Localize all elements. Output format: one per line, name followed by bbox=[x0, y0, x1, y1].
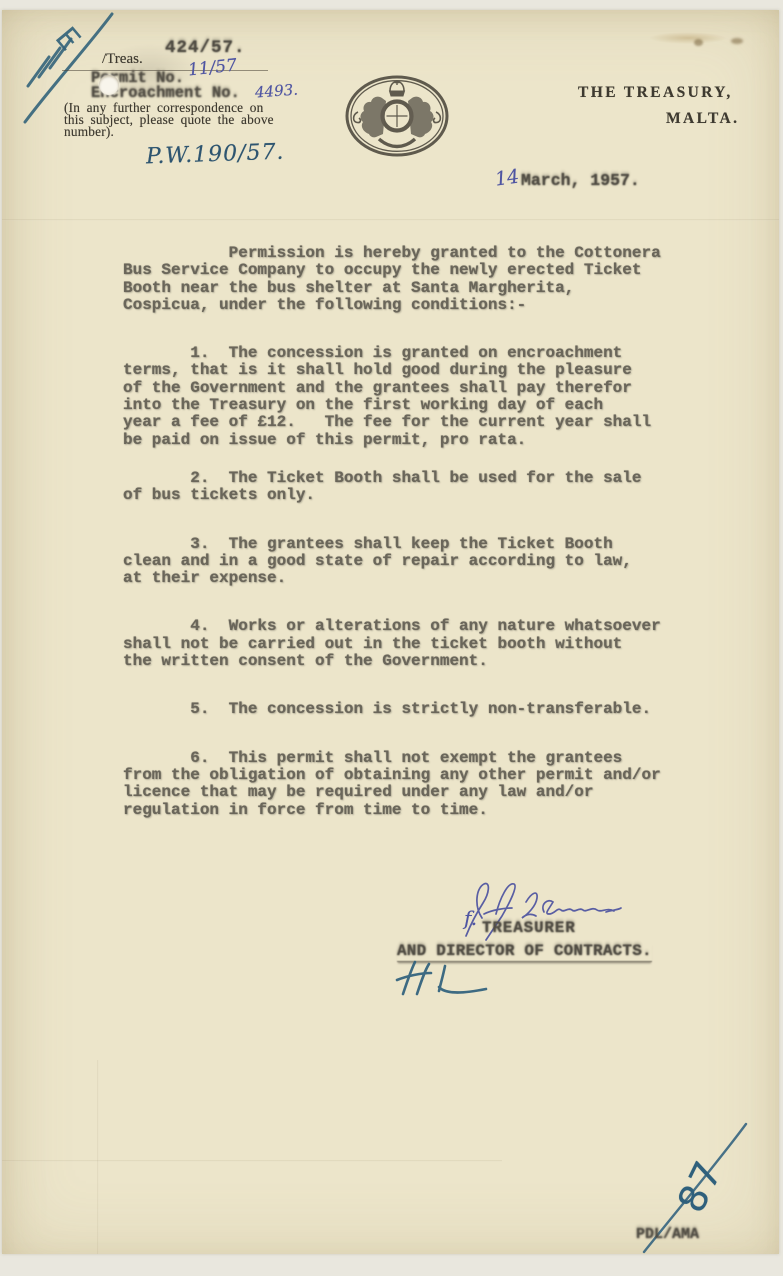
condition-5: 5. The concession is strictly non-transf… bbox=[123, 701, 683, 718]
typist-reference: PDL/AMA bbox=[636, 1226, 699, 1243]
letterhead-place: MALTA. bbox=[666, 110, 739, 128]
correspondence-note: (In any further correspondence on this s… bbox=[64, 102, 276, 138]
letterhead-office: THE TREASURY, bbox=[578, 84, 733, 102]
condition-4: 4. Works or alterations of any nature wh… bbox=[123, 618, 683, 670]
scanned-document-page: { "colors": { "paper": "#ece5ca", "typed… bbox=[0, 0, 783, 1276]
treas-form-label: /Treas. bbox=[102, 51, 143, 68]
royal-coat-of-arms-icon bbox=[343, 74, 451, 158]
encroachment-no-value: 4493. bbox=[254, 81, 298, 102]
stain-speck bbox=[694, 39, 703, 46]
signer-title-1: TREASURER bbox=[482, 919, 576, 937]
stain-mark bbox=[636, 30, 740, 46]
stain-speck bbox=[731, 38, 743, 44]
hole-punch bbox=[99, 75, 119, 95]
date-day-handwritten: 14 bbox=[494, 165, 521, 190]
body-paragraph: Permission is hereby granted to the Cott… bbox=[123, 245, 683, 314]
condition-1: 1. The concession is granted on encroach… bbox=[123, 345, 683, 449]
letter-body: Permission is hereby granted to the Cott… bbox=[123, 245, 683, 850]
approval-initials-hl bbox=[393, 958, 489, 1002]
fold-crease bbox=[97, 1060, 99, 1254]
fold-crease bbox=[2, 219, 779, 221]
fold-crease bbox=[2, 1160, 502, 1162]
condition-2: 2. The Ticket Booth shall be used for th… bbox=[123, 470, 683, 505]
date-typed: March, 1957. bbox=[521, 171, 640, 190]
condition-6: 6. This permit shall not exempt the gran… bbox=[123, 750, 683, 819]
for-mark-handwritten: f. bbox=[464, 906, 477, 930]
condition-3: 3. The grantees shall keep the Ticket Bo… bbox=[123, 536, 683, 588]
pw-reference: P.W.190/57. bbox=[146, 140, 285, 170]
